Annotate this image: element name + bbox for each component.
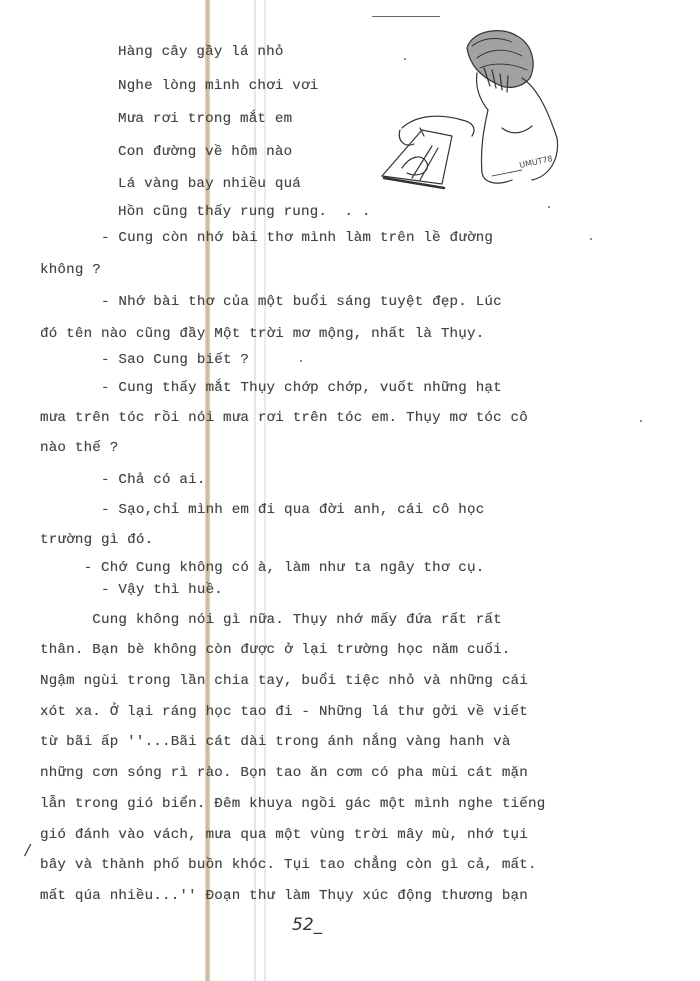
text-line: nào thế ?	[40, 440, 118, 456]
poem-line: Lá vàng bay nhiều quá	[118, 176, 301, 192]
text-line: mất qúa nhiều...'' Đoạn thư làm Thụy xúc…	[40, 888, 528, 904]
text-line: thân. Bạn bè không còn được ở lại trường…	[40, 642, 511, 658]
poem-line: Hồn cũng thấy rung rung. . .	[118, 204, 371, 220]
text-line: những cơn sóng rì rào. Bọn tao ăn cơm có…	[40, 765, 528, 781]
svg-text:UMUT78: UMUT78	[519, 154, 554, 170]
text-line: không ?	[40, 262, 101, 278]
text-line: - Chả có ai.	[40, 472, 206, 488]
text-line: Cung không nói gì nữa. Thụy nhớ mấy đứa …	[40, 612, 502, 628]
text-line: - Cung còn nhớ bài thơ mình làm trên lề …	[40, 230, 493, 246]
scan-speck	[590, 238, 592, 240]
drawing-mark	[372, 16, 440, 17]
text-line: - Vậy thì huề.	[40, 582, 223, 598]
scan-speck	[300, 360, 302, 362]
scan-speck	[548, 206, 550, 208]
page-number: 52_	[292, 915, 322, 935]
text-line: mưa trên tóc rồi nói mưa rơi trên tóc em…	[40, 410, 528, 426]
scan-speck	[640, 420, 642, 422]
text-line: xót xa. Ở lại ráng học tao đi - Những lá…	[40, 704, 528, 720]
text-line: bây và thành phố buồn khóc. Tụi tao chẳn…	[40, 857, 537, 873]
text-line: đó tên nào cũng đầy Một trời mơ mộng, nh…	[40, 326, 484, 342]
margin-mark: /	[23, 840, 32, 860]
page-number-dash: _	[314, 915, 323, 935]
illustration-sketch: UMUT78	[372, 18, 568, 198]
text-line: từ bãi ấp ''...Bãi cát dài trong ánh nắn…	[40, 734, 511, 750]
text-line: - Nhớ bài thơ của một buổi sáng tuyệt đẹ…	[40, 294, 502, 310]
poem-line: Nghe lòng mình chơi vơi	[118, 78, 318, 94]
poem-line: Hàng cây gầy lá nhỏ	[118, 44, 284, 60]
text-line: - Chớ Cung không có à, làm như ta ngây t…	[40, 560, 484, 576]
poem-line: Con đường về hôm nào	[118, 144, 292, 160]
text-line: - Sạo,chỉ mình em đi qua đời anh, cái cô…	[40, 502, 484, 518]
text-line: Ngậm ngùi trong lần chia tay, buổi tiệc …	[40, 673, 528, 689]
poem-line: Mưa rơi trong mắt em	[118, 111, 292, 127]
page-number-text: 52	[292, 915, 314, 935]
text-line: - Sao Cung biết ?	[40, 352, 249, 368]
text-line: - Cung thấy mắt Thụy chớp chớp, vuốt nhữ…	[40, 380, 502, 396]
text-line: gió đánh vào vách, mưa qua một vùng trời…	[40, 827, 528, 843]
text-line: trường gì đó.	[40, 532, 153, 548]
scan-speck	[404, 58, 406, 60]
text-line: lẫn trong gió biển. Đêm khuya ngồi gác m…	[40, 796, 545, 812]
